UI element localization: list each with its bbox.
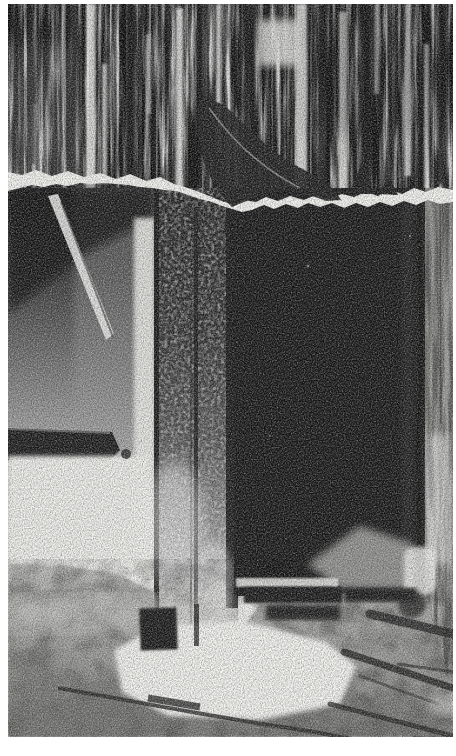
scanned-page [0,0,456,756]
photo-canvas [8,4,453,737]
photograph [8,4,453,737]
grain-overlay-dark [8,4,453,737]
